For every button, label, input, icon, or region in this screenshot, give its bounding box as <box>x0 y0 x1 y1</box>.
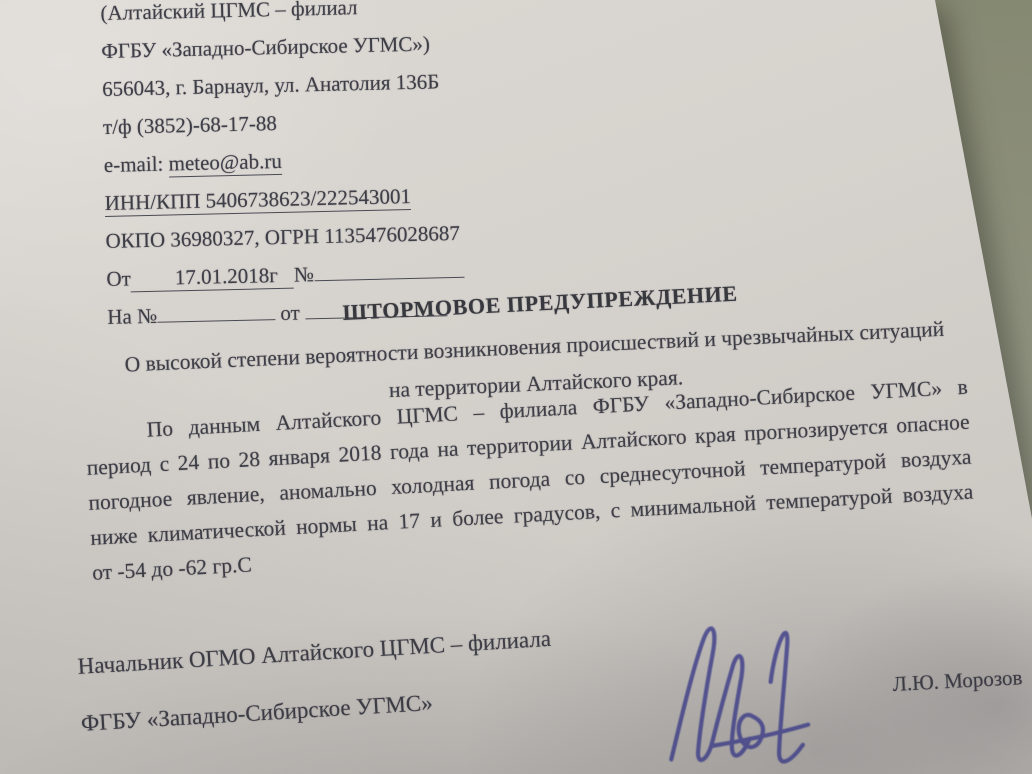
signatory-name: Л.Ю. Морозов <box>892 665 1023 697</box>
number-label: № <box>294 262 315 286</box>
outgoing-date: 17.01.2018г <box>131 263 295 293</box>
outgoing-number-blank <box>314 256 464 281</box>
from-label: От <box>106 266 131 291</box>
email-label: e-mail: <box>104 151 169 176</box>
on-from-label: от <box>280 301 300 325</box>
signature-block: Начальник ОГМО Алтайского ЦГМС – филиала… <box>76 610 556 752</box>
paper-sheet: (Алтайский ЦГМС – филиал ФГБУ «Западно-С… <box>0 0 1032 774</box>
email-text: meteo@ab.ru <box>168 149 282 178</box>
document-photo: (Алтайский ЦГМС – филиал ФГБУ «Западно-С… <box>0 0 1032 774</box>
incoming-number-blank <box>157 298 275 323</box>
signature-ink <box>652 603 814 774</box>
letterhead: (Алтайский ЦГМС – филиал ФГБУ «Западно-С… <box>100 0 628 336</box>
on-number-label: На № <box>107 304 157 329</box>
